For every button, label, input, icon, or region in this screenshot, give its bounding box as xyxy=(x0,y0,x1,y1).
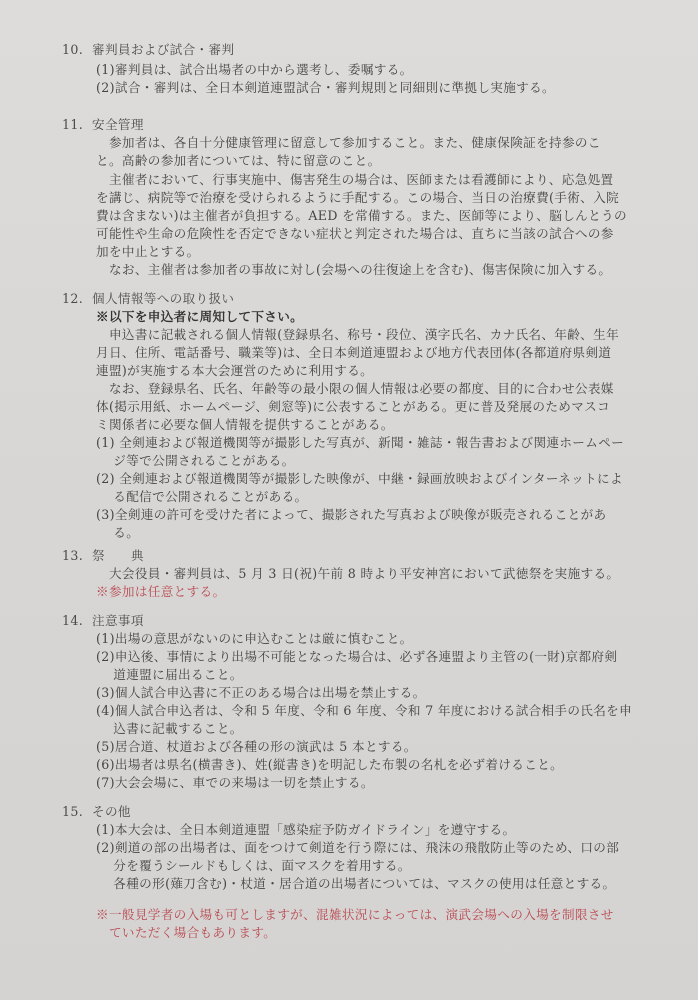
section-12-line: 月日、住所、電話番号、職業等)は、全日本剣道連盟および地方代表団体(各都道府県剣… xyxy=(96,345,611,361)
section-15-heading: 15.その他 xyxy=(62,804,131,820)
section-12-line: る。 xyxy=(96,525,139,541)
section-15-line: 各種の形(薙刀含む)・杖道・居合道の出場者については、マスクの使用は任意とする。 xyxy=(96,876,615,892)
section-12-line: なお、登録県名、氏名、年齢等の最小限の個人情報は必要の都度、目的に合わせ公表媒 xyxy=(96,381,614,397)
section-12-line: 連盟)が実施する本大会運営のために利用する。 xyxy=(96,363,373,379)
section-14-line: (4)個人試合申込者は、令和 5 年度、令和 6 年度、令和 7 年度における試… xyxy=(96,703,632,719)
section-11-line: と。高齢の参加者については、特に留意のこと。 xyxy=(96,153,381,169)
section-11-line: 主催者において、行事実施中、傷害発生の場合は、医師または看護師により、応急処置 xyxy=(96,172,614,188)
section-12-line: (3)全剣連の許可を受けた者によって、撮影された写真および映像が販売されることが… xyxy=(96,507,607,523)
section-13-heading: 13.祭 典 xyxy=(62,548,144,564)
document-page: 10.審判員および試合・審判 (1)審判員は、試合出場者の中から選考し、委嘱する… xyxy=(0,0,698,1000)
section-12-line: ミ関係者に必要な個人情報を提供することがある。 xyxy=(96,417,394,433)
section-14-line: 込書に記載すること。 xyxy=(96,721,243,737)
section-12-heading: 12.個人情報等への取り扱い xyxy=(62,291,234,307)
section-14-line: (6)出場者は県名(横書き)、姓(縦書き)を明記した布製の名札を必ず着けること。 xyxy=(96,757,563,773)
section-15-red-note: ていただく場合もあります。 xyxy=(96,925,276,941)
section-15-line: 分を覆うシールドもしくは、面マスクを着用する。 xyxy=(96,858,411,874)
section-12-line: (1) 全剣連および報道機関等が撮影した写真が、新聞・雑誌・報告書および関連ホー… xyxy=(96,435,624,451)
section-11-line: 参加者は、各自十分健康管理に留意して参加すること。また、健康保険証を持参のこ xyxy=(96,135,601,151)
section-14-line: (5)居合道、杖道および各種の形の演武は 5 本とする。 xyxy=(96,739,417,755)
section-12-line: 体(掲示用紙、ホームページ、剣窓等)に公表することがある。更に普及発展のためマス… xyxy=(96,399,610,415)
section-12-line: る配信で公開されることがある。 xyxy=(96,489,307,505)
section-14-line: (2)申込後、事情により出場不可能となった場合は、必ず各連盟より主管の(一財)京… xyxy=(96,649,617,665)
section-14-line: (3)個人試合申込書に不正のある場合は出場を禁止する。 xyxy=(96,685,426,701)
section-11-line: 可能性や生命の危険性を否定できない症状と判定された場合は、直ちに当該の試合への参 xyxy=(96,226,614,242)
section-10-line: (1)審判員は、試合出場者の中から選考し、委嘱する。 xyxy=(96,62,413,78)
section-15-red-note: ※一般見学者の入場も可としますが、混雑状況によっては、演武会場への入場を制限させ xyxy=(96,907,614,923)
section-15-line: (2)剣道の部の出場者は、面をつけて剣道を行う際には、飛沫の飛散防止等のため、口… xyxy=(96,840,619,856)
section-11-line: を講じ、病院等で治療を受けられるように手配する。この場合、当日の治療費(手術、入… xyxy=(96,190,619,206)
section-11-line: 加を中止とする。 xyxy=(96,244,200,260)
section-11-line: なお、主催者は参加者の事故に対し(会場への往復途上を含む)、傷害保険に加入する。 xyxy=(96,262,611,278)
section-11-line: 費は含まない)は主催者が負担する。AED を常備する。また、医師等により、脳しん… xyxy=(96,208,627,224)
section-15-line: (1)本大会は、全日本剣道連盟「感染症予防ガイドライン」を遵守する。 xyxy=(96,822,515,838)
section-14-line: (1)出場の意思がないのに申込むことは厳に慎むこと。 xyxy=(96,631,413,647)
section-10-heading: 10.審判員および試合・審判 xyxy=(62,42,234,58)
section-14-heading: 14.注意事項 xyxy=(62,613,144,629)
section-13-line: 大会役員・審判員は、5 月 3 日(祝)午前 8 時より平安神宮において武徳祭を… xyxy=(96,566,619,582)
section-10-line: (2)試合・審判は、全日本剣道連盟試合・審判規則と同細則に準拠し実施する。 xyxy=(96,80,555,96)
section-13-red-note: ※参加は任意とする。 xyxy=(96,584,225,600)
section-12-line: ジ等で公開されることがある。 xyxy=(96,453,295,469)
section-14-line: 道連盟に届出ること。 xyxy=(96,667,243,683)
section-11-heading: 11.安全管理 xyxy=(62,117,144,133)
section-12-line: (2) 全剣連および報道機関等が撮影した映像が、中継・録画放映およびインターネッ… xyxy=(96,471,623,487)
section-14-line: (7)大会会場に、車での来場は一切を禁止する。 xyxy=(96,775,374,791)
section-12-line: 申込書に記載される個人情報(登録県名、称号・段位、漢字氏名、カナ氏名、年齢、生年 xyxy=(96,327,619,343)
section-12-notice: ※以下を申込者に周知して下さい。 xyxy=(96,309,303,325)
